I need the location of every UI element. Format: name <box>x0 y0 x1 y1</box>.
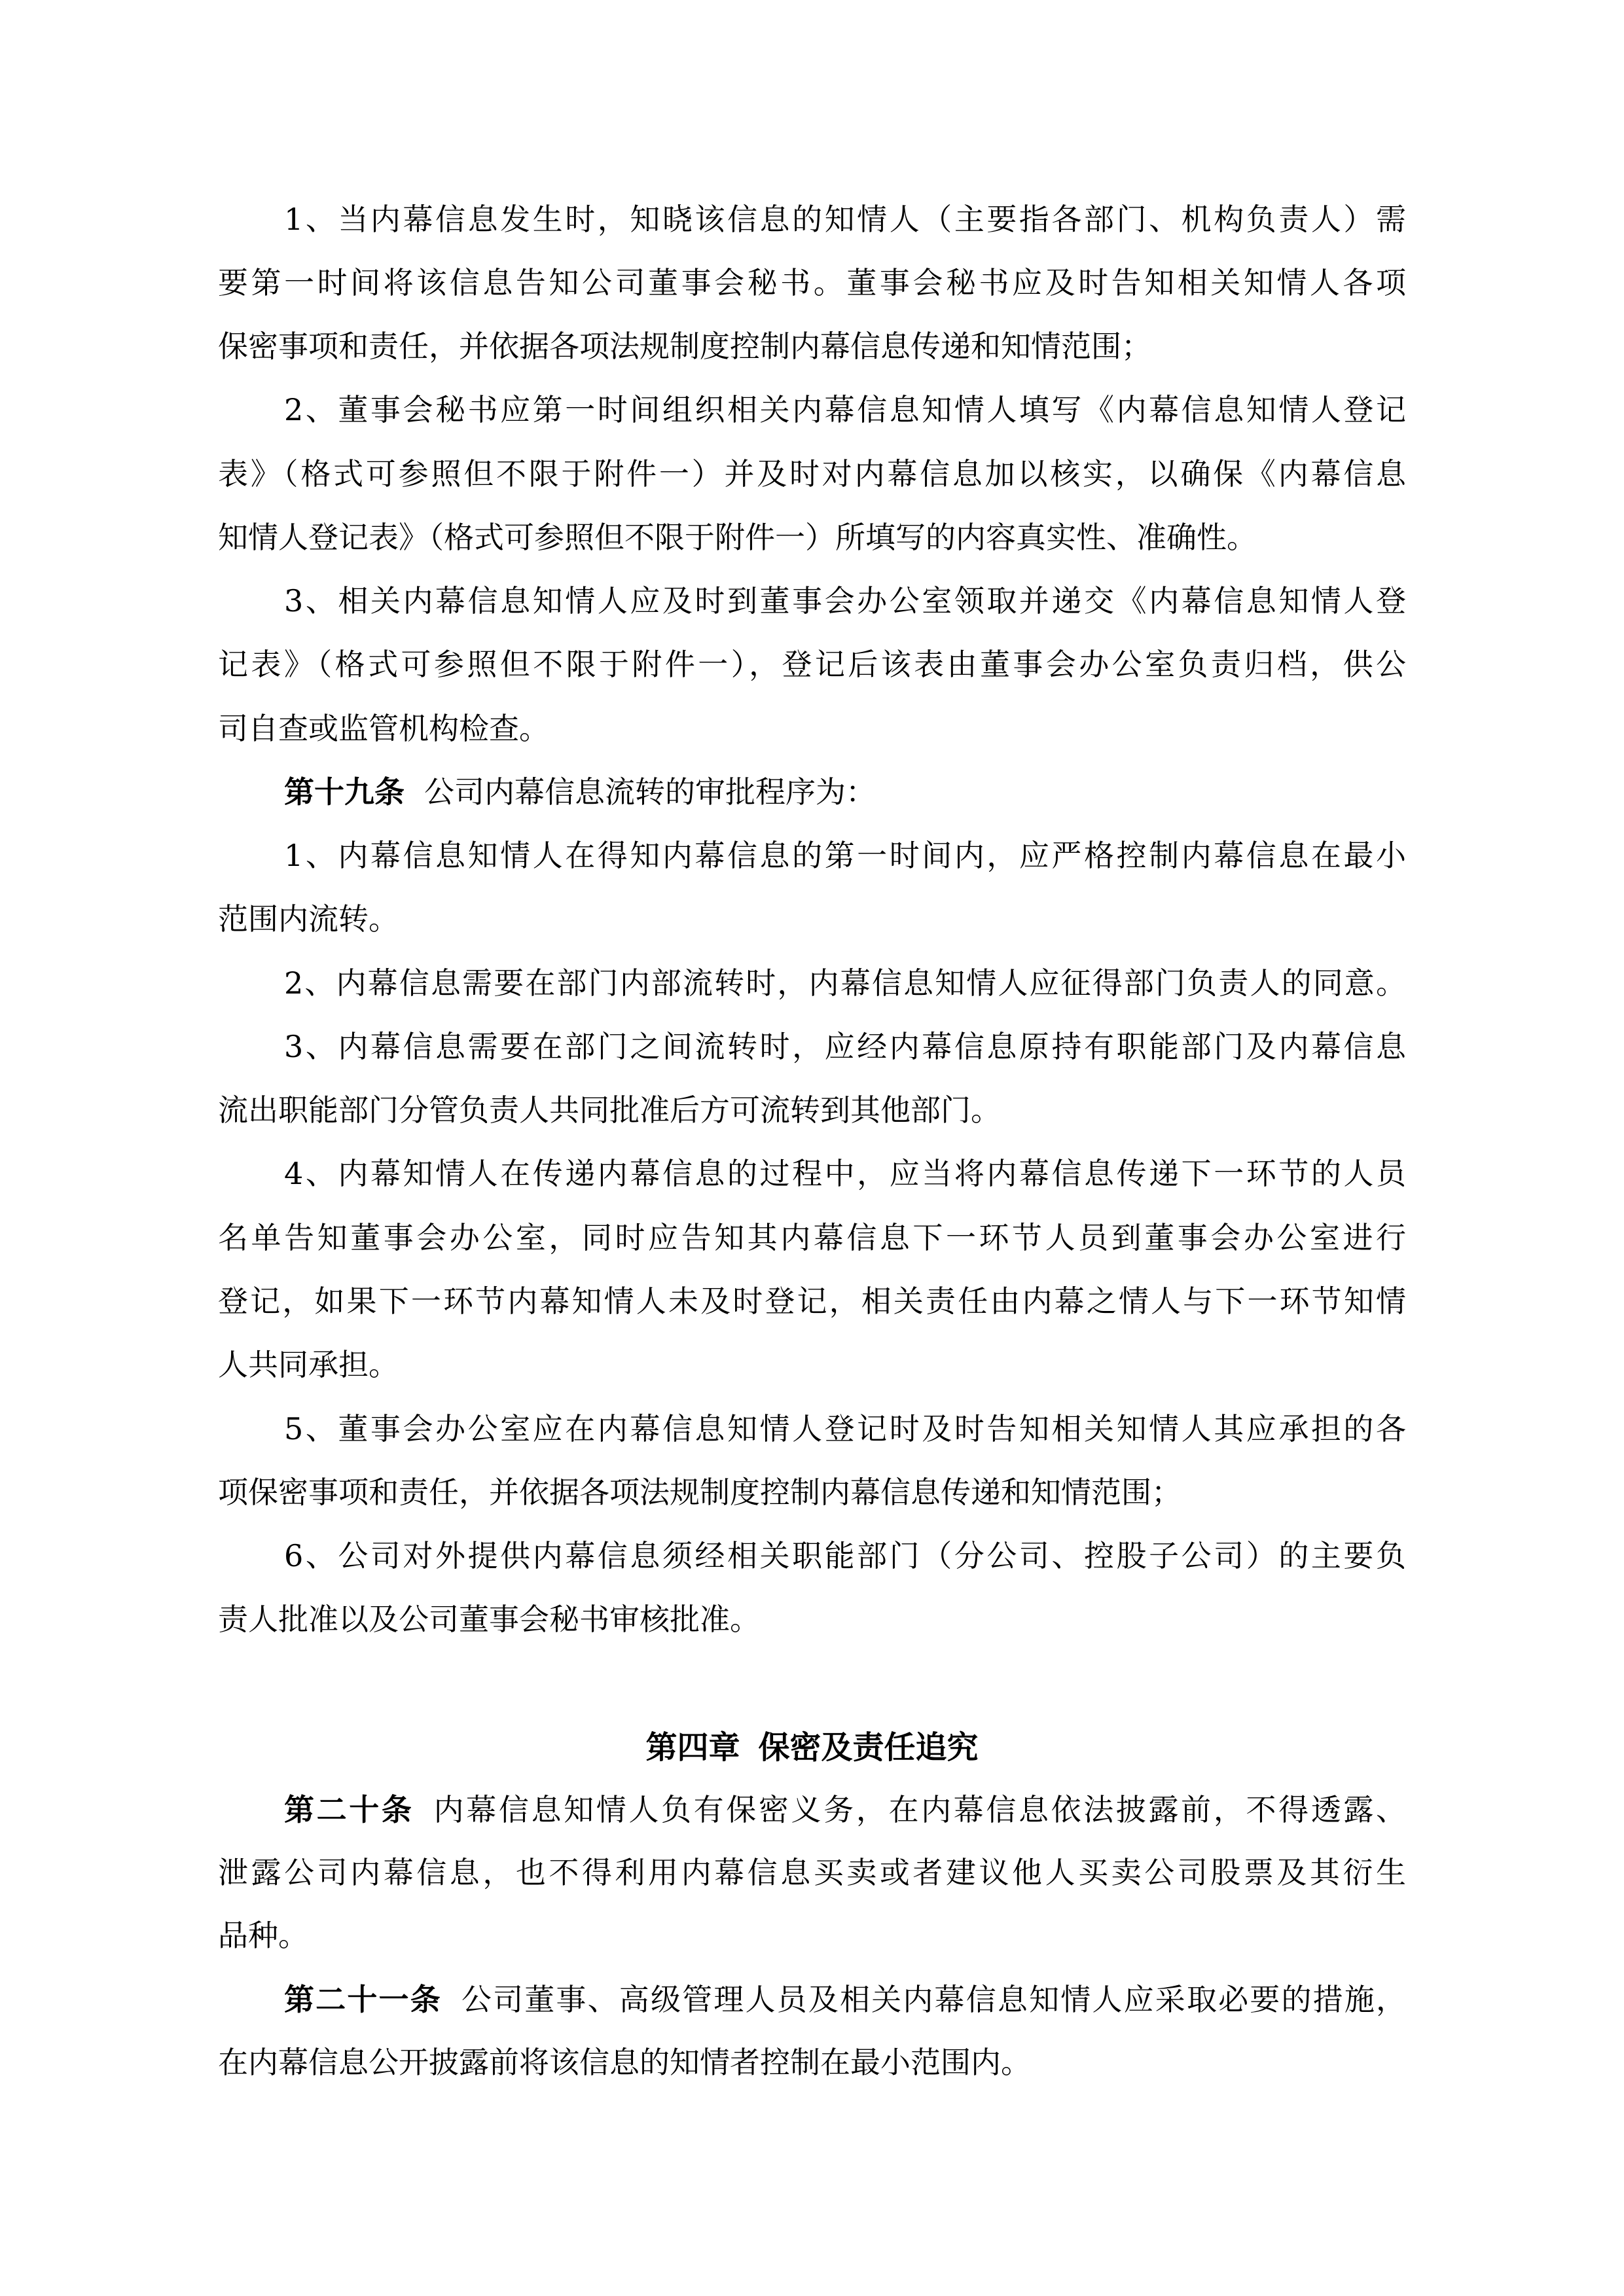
article-21-line: 在内幕信息公开披露前将该信息的知情者控制在最小范围内。 <box>218 2031 1406 2094</box>
list-item-line: 6、公司对外提供内幕信息须经相关职能部门（分公司、控股子公司）的主要负 <box>284 1524 1406 1588</box>
chapter-number: 第四章 <box>645 1729 740 1766</box>
list-item-line: 1、内幕信息知情人在得知内幕信息的第一时间内，应严格控制内幕信息在最小 <box>284 824 1406 888</box>
article-text: 公司董事、高级管理人员及相关内幕信息知情人应采取必要的措施， <box>461 1982 1406 2017</box>
list-item-line: 流出职能部门分管负责人共同批准后方可流转到其他部门。 <box>218 1079 1406 1142</box>
list-item-line: 范围内流转。 <box>218 888 1406 951</box>
list-item-line: 4、内幕知情人在传递内幕信息的过程中，应当将内幕信息传递下一环节的人员 <box>284 1142 1406 1206</box>
article-20-line: 品种。 <box>218 1904 1406 1967</box>
list-item-line: 2、内幕信息需要在部门内部流转时，内幕信息知情人应征得部门负责人的同意。 <box>284 952 1406 1015</box>
list-item-line: 登记，如果下一环节内幕知情人未及时登记，相关责任由内幕之情人与下一环节知情 <box>218 1270 1406 1333</box>
chapter-heading: 第四章保密及责任追究 <box>0 1716 1624 1780</box>
list-item-line: 人共同承担。 <box>218 1333 1406 1397</box>
article-label: 第二十条 <box>284 1792 414 1827</box>
article-19-heading-line: 第十九条公司内幕信息流转的审批程序为： <box>284 761 1406 824</box>
list-item-line: 名单告知董事会办公室，同时应告知其内幕信息下一环节人员到董事会办公室进行 <box>218 1206 1406 1270</box>
paragraph-line: 保密事项和责任，并依据各项法规制度控制内幕信息传递和知情范围； <box>218 315 1406 378</box>
list-item-line: 3、内幕信息需要在部门之间流转时，应经内幕信息原持有职能部门及内幕信息 <box>284 1015 1406 1079</box>
article-20-line: 泄露公司内幕信息，也不得利用内幕信息买卖或者建议他人买卖公司股票及其衍生 <box>218 1841 1406 1905</box>
paragraph-line: 知情人登记表》（格式可参照但不限于附件一）所填写的内容真实性、准确性。 <box>218 506 1406 569</box>
article-20-line: 第二十条内幕信息知情人负有保密义务，在内幕信息依法披露前，不得透露、 <box>284 1778 1406 1842</box>
paragraph-line: 表》（格式可参照但不限于附件一）并及时对内幕信息加以核实，以确保《内幕信息 <box>218 442 1406 506</box>
chapter-title: 保密及责任追究 <box>759 1729 979 1766</box>
document-page: 1、当内幕信息发生时，知晓该信息的知情人（主要指各部门、机构负责人）需 要第一时… <box>0 0 1624 2296</box>
list-item-line: 项保密事项和责任，并依据各项法规制度控制内幕信息传递和知情范围； <box>218 1461 1406 1524</box>
article-label: 第十九条 <box>284 774 405 810</box>
article-21-line: 第二十一条公司董事、高级管理人员及相关内幕信息知情人应采取必要的措施， <box>284 1968 1406 2032</box>
paragraph-line: 2、董事会秘书应第一时间组织相关内幕信息知情人填写《内幕信息知情人登记 <box>284 378 1406 442</box>
paragraph-line: 司自查或监管机构检查。 <box>218 697 1406 761</box>
paragraph-line: 3、相关内幕信息知情人应及时到董事会办公室领取并递交《内幕信息知情人登 <box>284 569 1406 633</box>
list-item-line: 责人批准以及公司董事会秘书审核批准。 <box>218 1588 1406 1651</box>
paragraph-line: 要第一时间将该信息告知公司董事会秘书。董事会秘书应及时告知相关知情人各项 <box>218 251 1406 315</box>
list-item-line: 5、董事会办公室应在内幕信息知情人登记时及时告知相关知情人其应承担的各 <box>284 1397 1406 1461</box>
paragraph-line: 记表》（格式可参照但不限于附件一），登记后该表由董事会办公室负责归档，供公 <box>218 633 1406 696</box>
article-label: 第二十一条 <box>284 1982 442 2017</box>
paragraph-line: 1、当内幕信息发生时，知晓该信息的知情人（主要指各部门、机构负责人）需 <box>284 188 1406 251</box>
article-text: 内幕信息知情人负有保密义务，在内幕信息依法披露前，不得透露、 <box>434 1792 1406 1827</box>
article-text: 公司内幕信息流转的审批程序为： <box>424 774 876 810</box>
